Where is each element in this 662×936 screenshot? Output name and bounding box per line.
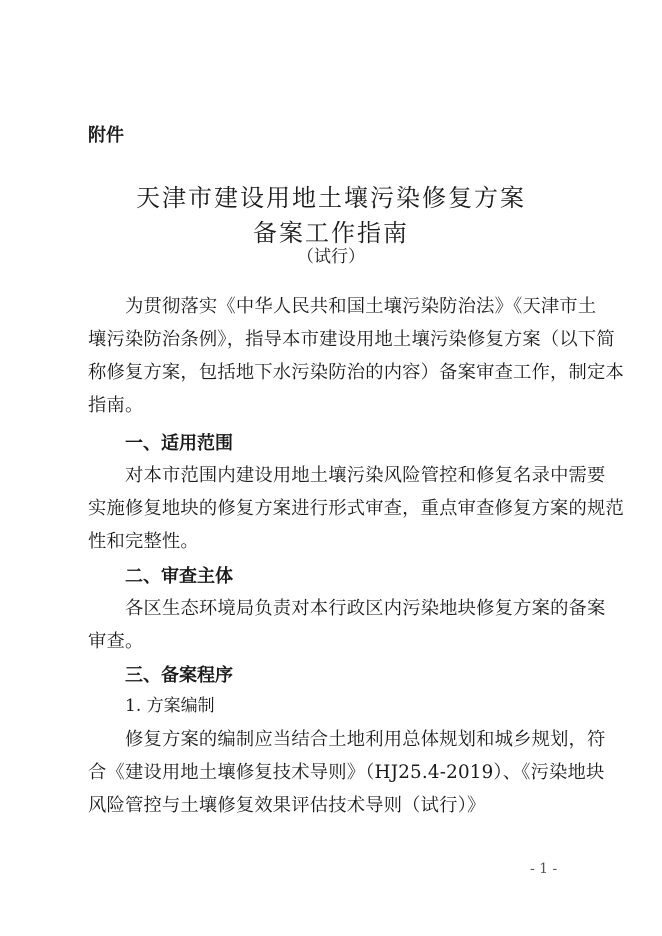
- section-heading: 三、备案程序: [125, 661, 233, 687]
- attachment-label: 附件: [88, 121, 124, 147]
- section-heading: 一、适用范围: [125, 429, 233, 455]
- paragraph-line: 为贯彻落实《中华人民共和国土壤污染防治法》《天津市土: [125, 292, 578, 318]
- document-title-line-1: 天津市建设用地土壤污染修复方案: [0, 178, 662, 213]
- paragraph-line: 各区生态环境局负责对本行政区内污染地块修复方案的备案: [125, 594, 578, 620]
- paragraph-line: 称修复方案，包括地下水污染防治的内容）备案审查工作，制定本: [88, 358, 578, 384]
- paragraph-line: 指南。: [88, 391, 578, 417]
- paragraph-line: 性和完整性。: [88, 527, 578, 553]
- paragraph-line: 壤污染防治条例》，指导本市建设用地土壤污染修复方案（以下简: [88, 325, 578, 351]
- paragraph-line: 合《建设用地土壤修复技术导则》（HJ25.4-2019）、《污染地块: [88, 758, 578, 784]
- paragraph-line: 修复方案的编制应当结合土地利用总体规划和城乡规划，符: [125, 725, 578, 751]
- subsection-heading: 1. 方案编制: [125, 691, 215, 716]
- section-heading: 二、审查主体: [125, 562, 233, 588]
- document-subtitle: （试行）: [0, 242, 662, 267]
- paragraph-line: 风险管控与土壤修复效果评估技术导则（试行）》: [88, 791, 578, 817]
- paragraph-line: 实施修复地块的修复方案进行形式审查，重点审查修复方案的规范: [88, 494, 578, 520]
- page-number: - 1 -: [530, 861, 557, 877]
- paragraph-line: 审查。: [88, 627, 578, 653]
- paragraph-line: 对本市范围内建设用地土壤污染风险管控和修复名录中需要: [125, 461, 578, 487]
